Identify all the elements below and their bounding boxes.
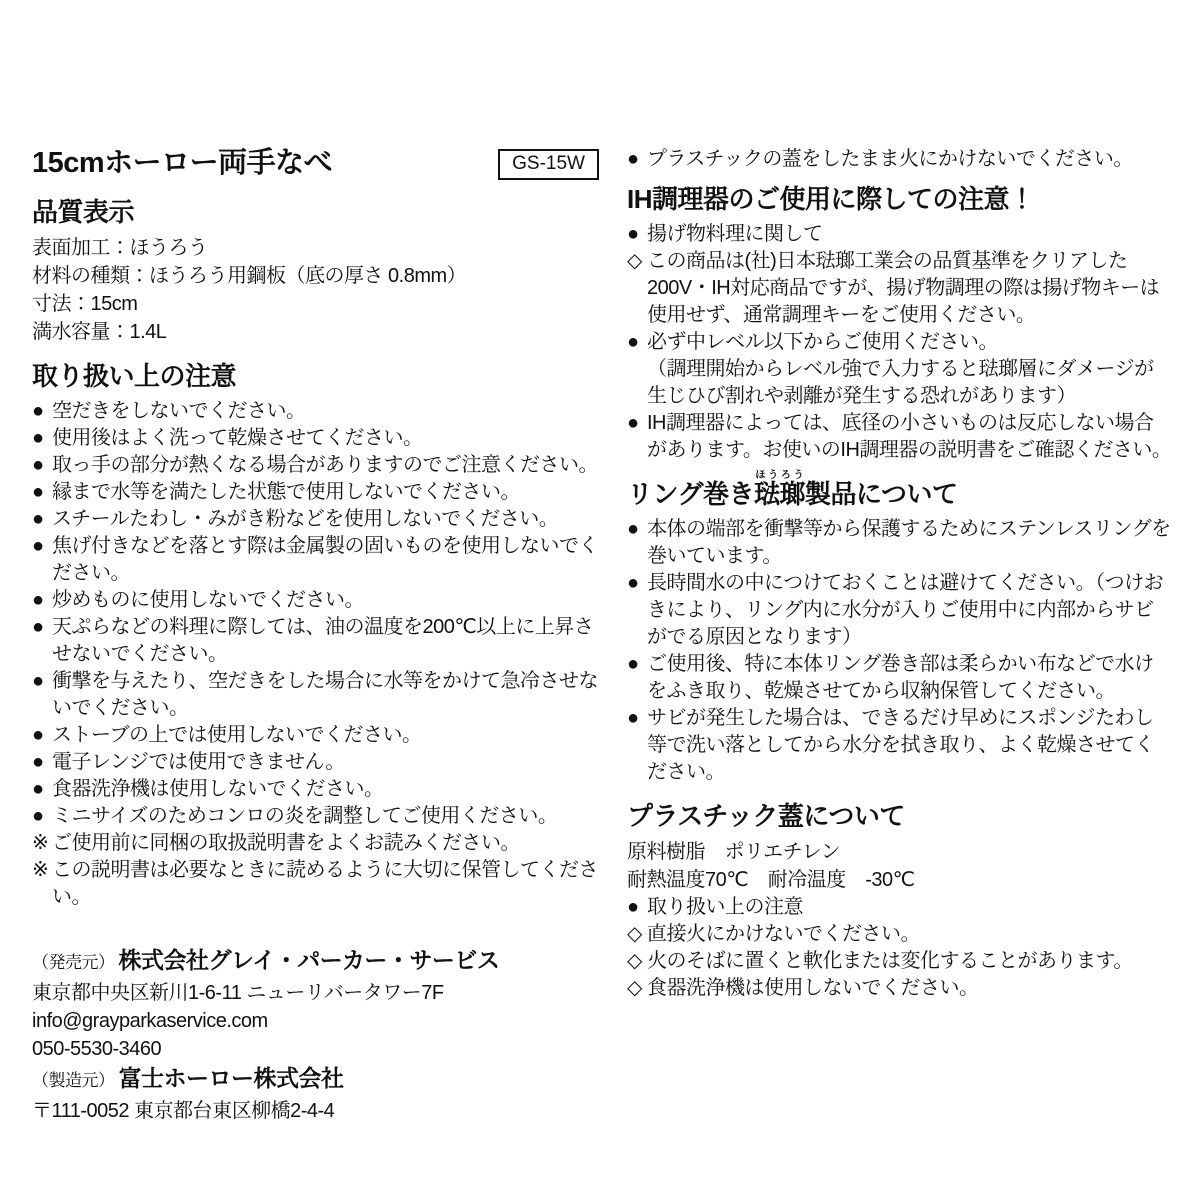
- plastic-spec-text: 原料樹脂 ポリエチレン: [627, 841, 840, 863]
- list-item-text: 直接火にかけないでください。: [647, 923, 920, 945]
- bullet-marker: ●: [32, 668, 52, 695]
- handling-caution-list: ●空だきをしないでください。 ●使用後はよく洗って乾燥させてください。 ●取っ手…: [32, 398, 599, 911]
- bullet-marker: ●: [627, 516, 647, 543]
- plastic-spec-text: 耐熱温度70℃ 耐冷温度 -30℃: [627, 869, 915, 891]
- ring-heading-pre: リング巻き: [627, 479, 754, 509]
- seller-phone: 050-5530-3460: [32, 1035, 599, 1063]
- ih-heading: IH調理器のご使用に際しての注意！: [627, 183, 1172, 215]
- bullet-marker: ◇: [627, 948, 647, 975]
- quality-spec-line: 表面加工：ほうろう: [32, 234, 599, 262]
- list-item-text: 食器洗浄機は使用しないでください。: [52, 778, 384, 800]
- bullet-marker: ●: [627, 329, 647, 356]
- two-column-layout: 15cmホーロー両手なべ GS-15W 品質表示 表面加工：ほうろう 材料の種類…: [0, 0, 1200, 1125]
- list-item: ◇直接火にかけないでください。: [627, 921, 1172, 948]
- list-item-text: 空だきをしないでください。: [52, 400, 306, 422]
- ring-heading-furigana: ほうろう: [754, 470, 805, 481]
- bullet-marker: ●: [32, 425, 52, 452]
- title-row: 15cmホーロー両手なべ GS-15W: [32, 146, 599, 180]
- bullet-marker: ◇: [627, 248, 647, 275]
- maker-address: 〒111-0052 東京都台東区柳橋2-4-4: [32, 1097, 599, 1125]
- list-item-text: 衝撃を与えたり、空だきをした場合に水等をかけて急冷させないでください。: [52, 670, 598, 719]
- list-item: ●焦げ付きなどを落とす際は金属製の固いものを使用しないでください。: [32, 533, 599, 587]
- bullet-marker: ●: [627, 410, 647, 437]
- maker-label: （製造元）: [32, 1071, 115, 1090]
- list-item-text: 必ず中レベル以下からご使用ください。: [647, 331, 998, 353]
- quality-spec-list: 表面加工：ほうろう 材料の種類：ほうろう用鋼板（底の厚さ 0.8mm） 寸法：1…: [32, 234, 599, 346]
- list-item-text: この説明書は必要なときに読めるように大切に保管してください。: [52, 859, 598, 908]
- bullet-marker: ※: [32, 830, 52, 857]
- quality-spec-line: 満水容量：1.4L: [32, 318, 599, 346]
- company-footer: （発売元） 株式会社グレイ・パーカー・サービス 東京都中央区新川1-6-11 ニ…: [32, 945, 599, 1125]
- ring-heading-post: 製品について: [805, 479, 957, 509]
- list-item: ●衝撃を与えたり、空だきをした場合に水等をかけて急冷させないでください。: [32, 668, 599, 722]
- ring-caution-list: ●本体の端部を衝撃等から保護するためにステンレスリングを巻いています。 ●長時間…: [627, 516, 1172, 786]
- list-item: ●天ぷらなどの料理に際しては、油の温度を200℃以上に上昇させないでください。: [32, 614, 599, 668]
- bullet-marker: ※: [32, 857, 52, 884]
- list-item: ●縁まで水等を満たした状態で使用しないでください。: [32, 479, 599, 506]
- bullet-marker: ◇: [627, 921, 647, 948]
- list-item-text: サビが発生した場合は、できるだけ早めにスポンジたわし等で洗い落としてから水分を拭…: [647, 707, 1154, 783]
- list-item: ●必ず中レベル以下からご使用ください。: [627, 329, 1172, 356]
- bullet-marker: ◇: [627, 975, 647, 1002]
- quality-spec-text: 表面加工：ほうろう: [32, 237, 208, 259]
- list-item-text: スチールたわし・みがき粉などを使用しないでください。: [52, 508, 558, 530]
- seller-address: 東京都中央区新川1-6-11 ニューリバータワー7F: [32, 979, 599, 1007]
- list-item: ●ミニサイズのためコンロの炎を調整してご使用ください。: [32, 803, 599, 830]
- quality-heading: 品質表示: [32, 196, 599, 228]
- plastic-spec-line: 耐熱温度70℃ 耐冷温度 -30℃: [627, 866, 1172, 894]
- hourou-ruby: 琺瑯ほうろう: [754, 479, 805, 509]
- bullet-marker: ●: [627, 570, 647, 597]
- bullet-marker: ●: [32, 803, 52, 830]
- seller-label: （発売元）: [32, 953, 115, 972]
- right-column: ●プラスチックの蓋をしたまま火にかけないでください。 IH調理器のご使用に際して…: [627, 146, 1172, 1125]
- list-item: ※ご使用前に同梱の取扱説明書をよくお読みください。: [32, 830, 599, 857]
- list-item-text: 使用後はよく洗って乾燥させてください。: [52, 427, 423, 449]
- list-item: ◇火のそばに置くと軟化または変化することがあります。: [627, 948, 1172, 975]
- list-item-text: プラスチックの蓋をしたまま火にかけないでください。: [647, 148, 1133, 170]
- handling-heading: 取り扱い上の注意: [32, 360, 599, 392]
- list-item-text: 縁まで水等を満たした状態で使用しないでください。: [52, 481, 520, 503]
- bullet-marker: ●: [627, 705, 647, 732]
- bullet-marker: ●: [32, 452, 52, 479]
- bullet-marker: ●: [32, 587, 52, 614]
- model-number-badge: GS-15W: [498, 149, 599, 180]
- bullet-marker: ●: [32, 479, 52, 506]
- bullet-marker: ●: [32, 776, 52, 803]
- list-item: ●プラスチックの蓋をしたまま火にかけないでください。: [627, 146, 1172, 173]
- list-item-text: 取っ手の部分が熱くなる場合がありますのでご注意ください。: [52, 454, 598, 476]
- bullet-marker: ●: [32, 722, 52, 749]
- product-title: 15cmホーロー両手なべ: [32, 146, 332, 180]
- bullet-marker: ●: [32, 614, 52, 641]
- list-item-text: 火のそばに置くと軟化または変化することがあります。: [647, 950, 1133, 972]
- bullet-marker: ●: [32, 533, 52, 560]
- bullet-marker: ●: [627, 146, 647, 173]
- quality-spec-text: 満水容量：1.4L: [32, 321, 166, 343]
- bullet-marker: ●: [627, 651, 647, 678]
- left-column: 15cmホーロー両手なべ GS-15W 品質表示 表面加工：ほうろう 材料の種類…: [32, 146, 599, 1125]
- plastic-spec-line: 原料樹脂 ポリエチレン: [627, 838, 1172, 866]
- list-item: ※この説明書は必要なときに読めるように大切に保管してください。: [32, 857, 599, 911]
- list-item-text: 電子レンジでは使用できません。: [52, 751, 345, 773]
- plastic-lid-fire-caution: ●プラスチックの蓋をしたまま火にかけないでください。: [627, 146, 1172, 173]
- bullet-marker: ●: [32, 749, 52, 776]
- list-item-text: ご使用前に同梱の取扱説明書をよくお読みください。: [52, 832, 520, 854]
- plastic-lid-heading: プラスチック蓋について: [627, 800, 1172, 832]
- bullet-marker: ●: [627, 894, 647, 921]
- ih-caution-list: ●揚げ物料理に関して ◇この商品は(社)日本琺瑯工業会の品質基準をクリアした20…: [627, 221, 1172, 464]
- quality-spec-text: 材料の種類：ほうろう用鋼板（底の厚さ 0.8mm）: [32, 265, 466, 287]
- maker-name: 富士ホーロー株式会社: [118, 1065, 343, 1091]
- list-item-text: 本体の端部を衝撃等から保護するためにステンレスリングを巻いています。: [647, 518, 1171, 567]
- list-item: ◇この商品は(社)日本琺瑯工業会の品質基準をクリアした200V・IH対応商品です…: [627, 248, 1172, 329]
- list-item-text: この商品は(社)日本琺瑯工業会の品質基準をクリアした200V・IH対応商品ですが…: [647, 250, 1159, 326]
- list-item-text: 天ぷらなどの料理に際しては、油の温度を200℃以上に上昇させないでください。: [52, 616, 593, 665]
- list-item: ●取り扱い上の注意: [627, 894, 1172, 921]
- plastic-lid-spec-list: 原料樹脂 ポリエチレン 耐熱温度70℃ 耐冷温度 -30℃: [627, 838, 1172, 894]
- list-item: ●食器洗浄機は使用しないでください。: [32, 776, 599, 803]
- quality-spec-line: 寸法：15cm: [32, 290, 599, 318]
- ring-heading: リング巻き琺瑯ほうろう製品について: [627, 470, 1172, 510]
- list-item: ●スチールたわし・みがき粉などを使用しないでください。: [32, 506, 599, 533]
- seller-line: （発売元） 株式会社グレイ・パーカー・サービス: [32, 945, 599, 979]
- list-item-text: ミニサイズのためコンロの炎を調整してご使用ください。: [52, 805, 557, 827]
- list-item: ●長時間水の中につけておくことは避けてください。（つけおきにより、リング内に水分…: [627, 570, 1172, 651]
- quality-spec-text: 寸法：15cm: [32, 293, 137, 315]
- list-item-text: 炒めものに使用しないでください。: [52, 589, 364, 611]
- bullet-marker: ●: [32, 506, 52, 533]
- list-item-text: 長時間水の中につけておくことは避けてください。（つけおきにより、リング内に水分が…: [647, 572, 1163, 648]
- list-item: ●空だきをしないでください。: [32, 398, 599, 425]
- list-item-text: 焦げ付きなどを落とす際は金属製の固いものを使用しないでください。: [52, 535, 598, 584]
- list-item-text: （調理開始からレベル強で入力すると琺瑯層にダメージが生じひび割れや剥離が発生する…: [647, 358, 1154, 407]
- list-item: ●サビが発生した場合は、できるだけ早めにスポンジたわし等で洗い落としてから水分を…: [627, 705, 1172, 786]
- list-item-text: 食器洗浄機は使用しないでください。: [647, 977, 979, 999]
- list-item-text: 取り扱い上の注意: [647, 896, 803, 918]
- plastic-lid-caution-list: ●取り扱い上の注意 ◇直接火にかけないでください。 ◇火のそばに置くと軟化または…: [627, 894, 1172, 1002]
- list-item: ●ストーブの上では使用しないでください。: [32, 722, 599, 749]
- list-item: ●本体の端部を衝撃等から保護するためにステンレスリングを巻いています。: [627, 516, 1172, 570]
- maker-line: （製造元） 富士ホーロー株式会社: [32, 1063, 599, 1097]
- list-item: ●使用後はよく洗って乾燥させてください。: [32, 425, 599, 452]
- ring-heading-ruby-base: 琺瑯: [754, 479, 805, 509]
- list-item-text: ストーブの上では使用しないでください。: [52, 724, 422, 746]
- list-item: ●取っ手の部分が熱くなる場合がありますのでご注意ください。: [32, 452, 599, 479]
- list-item-text: 揚げ物料理に関して: [647, 223, 823, 245]
- bullet-marker: ●: [627, 221, 647, 248]
- list-item-text: IH調理器によっては、底径の小さいものは反応しない場合があります。お使いのIH調…: [647, 412, 1171, 461]
- seller-email: info@grayparkaservice.com: [32, 1007, 599, 1035]
- list-item-text: ご使用後、特に本体リング巻き部は柔らかい布などで水けをふき取り、乾燥させてから収…: [647, 653, 1154, 702]
- list-item: ●ご使用後、特に本体リング巻き部は柔らかい布などで水けをふき取り、乾燥させてから…: [627, 651, 1172, 705]
- bullet-marker: ●: [32, 398, 52, 425]
- list-item: （調理開始からレベル強で入力すると琺瑯層にダメージが生じひび割れや剥離が発生する…: [627, 356, 1172, 410]
- list-item: ●電子レンジでは使用できません。: [32, 749, 599, 776]
- instruction-sheet: 15cmホーロー両手なべ GS-15W 品質表示 表面加工：ほうろう 材料の種類…: [0, 0, 1200, 1200]
- list-item: ●IH調理器によっては、底径の小さいものは反応しない場合があります。お使いのIH…: [627, 410, 1172, 464]
- seller-name: 株式会社グレイ・パーカー・サービス: [118, 947, 499, 973]
- list-item: ●揚げ物料理に関して: [627, 221, 1172, 248]
- list-item: ◇食器洗浄機は使用しないでください。: [627, 975, 1172, 1002]
- quality-spec-line: 材料の種類：ほうろう用鋼板（底の厚さ 0.8mm）: [32, 262, 599, 290]
- list-item: ●炒めものに使用しないでください。: [32, 587, 599, 614]
